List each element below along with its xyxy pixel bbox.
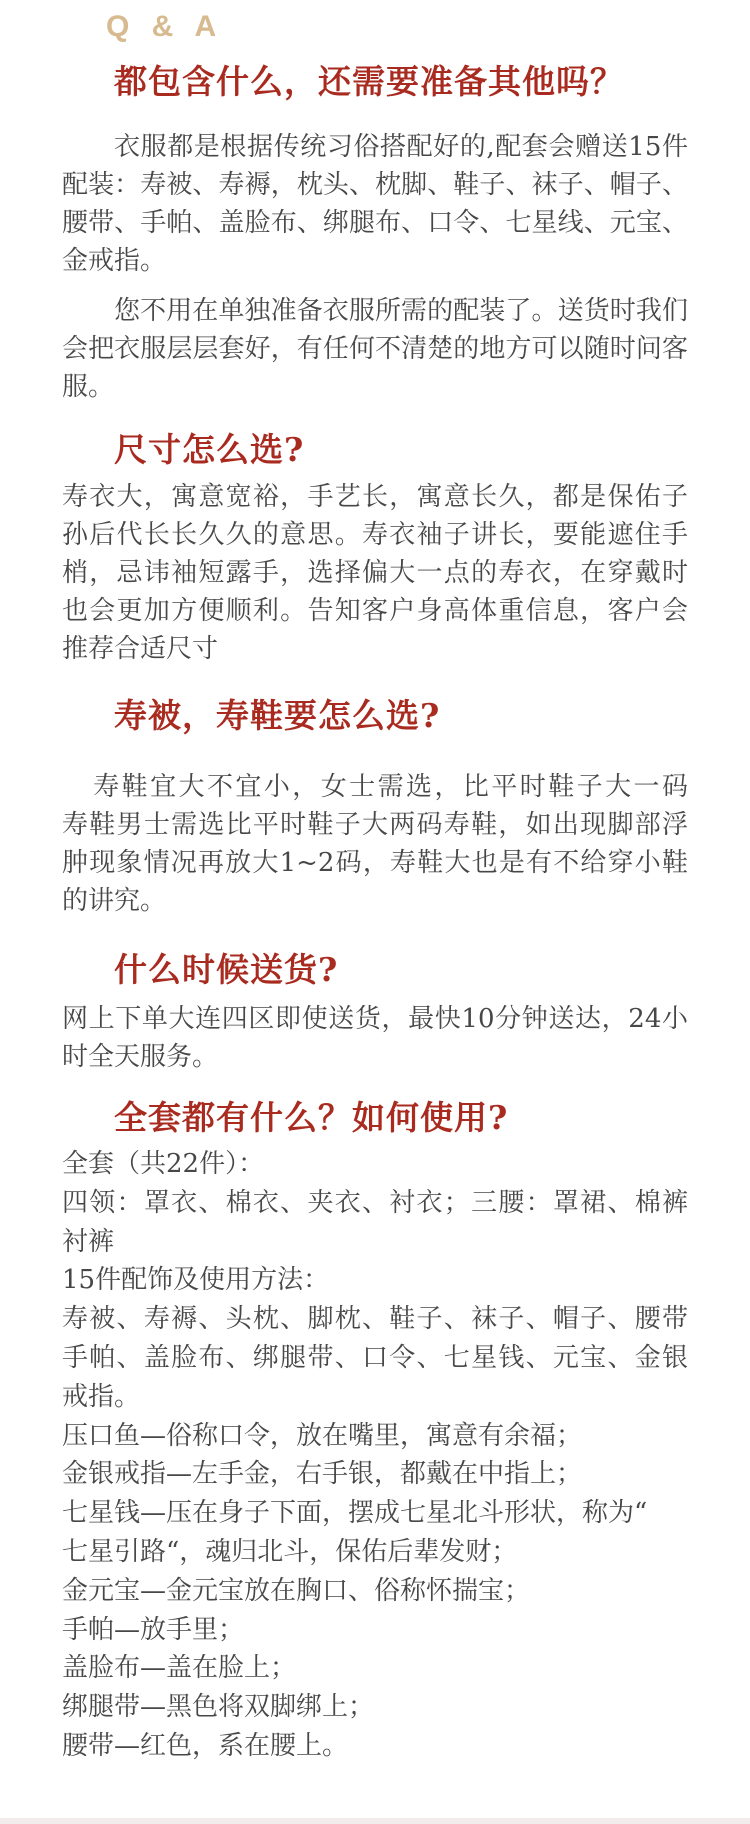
question-heading: 寿被，寿鞋要怎么选?: [114, 694, 688, 738]
answer-paragraph: 寿衣大，寓意宽裕，手艺长，寓意长久，都是保佑子 孙后代长长久久的意思。寿衣袖子讲…: [62, 478, 688, 668]
answer-line: 您不用在单独准备衣服所需的配装了。送货时我们: [62, 292, 688, 330]
answer-line: 网上下单大连四区即使送货，最快10分钟送达，24小: [62, 1000, 688, 1038]
list-line: 金银戒指—左手金，右手银，都戴在中指上；: [62, 1455, 688, 1494]
list-line: 七星引路“，魂归北斗，保佑后辈发财；: [62, 1533, 688, 1572]
list-line: 盖脸布—盖在脸上；: [62, 1649, 688, 1688]
answer-line: 衣服都是根据传统习俗搭配好的,配套会赠送15件: [62, 128, 688, 166]
answer-line: 腰带、手帕、盖脸布、绑腿布、口令、七星线、元宝、: [62, 204, 688, 242]
answer-paragraph: 衣服都是根据传统习俗搭配好的,配套会赠送15件 配装：寿被、寿褥，枕头、枕脚、鞋…: [62, 128, 688, 280]
answer-paragraph: 网上下单大连四区即使送货，最快10分钟送达，24小 时全天服务。: [62, 1000, 688, 1076]
list-line: 手帕、盖脸布、绑腿带、口令、七星钱、元宝、金银: [62, 1339, 688, 1378]
answer-line: 肿现象情况再放大1~2码，寿鞋大也是有不给穿小鞋: [62, 844, 688, 882]
answer-line: 的讲究。: [62, 882, 688, 920]
answer-line: 也会更加方便顺利。告知客户身高体重信息，客户会: [62, 592, 688, 630]
list-line: 四领：罩衣、棉衣、夹衣、衬衣；三腰：罩裙、棉裤: [62, 1184, 688, 1223]
usage-list: 全套（共22件）： 四领：罩衣、棉衣、夹衣、衬衣；三腰：罩裙、棉裤 衬裤 15件…: [62, 1145, 688, 1766]
answer-line: 金戒指。: [62, 242, 688, 280]
list-line: 衬裤: [62, 1223, 688, 1262]
question-heading: 什么时候送货?: [114, 948, 688, 992]
list-line: 寿被、寿褥、头枕、脚枕、鞋子、袜子、帽子、腰带: [62, 1300, 688, 1339]
answer-line: 会把衣服层层套好，有任何不清楚的地方可以随时问客: [62, 330, 688, 368]
question-heading: 尺寸怎么选?: [114, 428, 688, 472]
answer-line: 服。: [62, 368, 688, 406]
question-heading: 全套都有什么？如何使用?: [114, 1096, 688, 1140]
qa-badge: Q & A: [106, 10, 750, 44]
answer-line: 寿鞋男士需选比平时鞋子大两码寿鞋，如出现脚部浮: [62, 806, 688, 844]
answer-line: 梢，忌讳袖短露手，选择偏大一点的寿衣，在穿戴时: [62, 554, 688, 592]
answer-line: 配装：寿被、寿褥，枕头、枕脚、鞋子、袜子、帽子、: [62, 166, 688, 204]
answer-line: 推荐合适尺寸: [62, 630, 688, 668]
answer-line: 孙后代长长久久的意思。寿衣袖子讲长，要能遮住手: [62, 516, 688, 554]
answer-line: 寿衣大，寓意宽裕，手艺长，寓意长久，都是保佑子: [62, 478, 688, 516]
answer-paragraph: 您不用在单独准备衣服所需的配装了。送货时我们 会把衣服层层套好，有任何不清楚的地…: [62, 292, 688, 406]
answer-line: 时全天服务。: [62, 1038, 688, 1076]
footer-strip: [0, 1818, 750, 1824]
answer-line: 寿鞋宜大不宜小，女士需选，比平时鞋子大一码: [62, 768, 688, 806]
list-line: 绑腿带—黑色将双脚绑上；: [62, 1688, 688, 1727]
list-line: 金元宝—金元宝放在胸口、俗称怀揣宝；: [62, 1572, 688, 1611]
list-line: 手帕—放手里；: [62, 1611, 688, 1650]
list-line: 压口鱼—俗称口令，放在嘴里，寓意有余福；: [62, 1417, 688, 1456]
list-line: 戒指。: [62, 1378, 688, 1417]
list-line: 腰带—红色，系在腰上。: [62, 1727, 688, 1766]
answer-paragraph: 寿鞋宜大不宜小，女士需选，比平时鞋子大一码 寿鞋男士需选比平时鞋子大两码寿鞋，如…: [62, 768, 688, 920]
list-line: 全套（共22件）：: [62, 1145, 688, 1184]
list-line: 七星钱—压在身子下面，摆成七星北斗形状，称为“: [62, 1494, 688, 1533]
list-line: 15件配饰及使用方法：: [62, 1261, 688, 1300]
question-heading: 都包含什么，还需要准备其他吗？: [114, 60, 688, 104]
